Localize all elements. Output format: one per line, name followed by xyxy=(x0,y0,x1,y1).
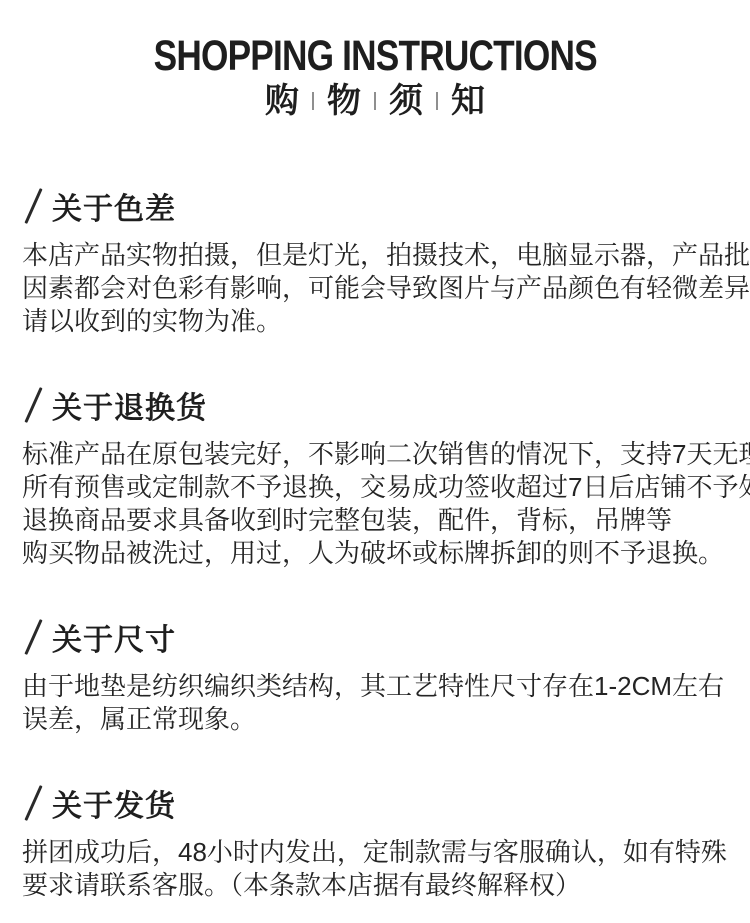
page-header: SHOPPING INSTRUCTIONS 购 物 须 知 xyxy=(0,0,750,119)
section-body: 标准产品在原包装完好，不影响二次销售的情况下，支持7天无理由退货。 所有预售或定… xyxy=(22,438,732,570)
title-char: 知 xyxy=(451,83,485,119)
title-separator-line xyxy=(436,92,438,110)
body-text-line: 误差，属正常现象。 xyxy=(22,703,732,736)
section-color-difference: 关于色差 本店产品实物拍摄，但是灯光，拍摄技术，电脑显示器，产品批次等 因素都会… xyxy=(22,185,732,338)
title-char: 物 xyxy=(327,83,361,119)
body-text-line: 由于地垫是纺织编织类结构，其工艺特性尺寸存在1-2CM左右 xyxy=(22,670,732,703)
body-text-line: 购买物品被洗过，用过，人为破坏或标牌拆卸的则不予退换。 xyxy=(22,537,732,570)
section-heading-text: 关于色差 xyxy=(52,184,176,228)
slash-icon xyxy=(24,188,42,224)
section-shipping: 关于发货 拼团成功后，48小时内发出，定制款需与客服确认，如有特殊 要求请联系客… xyxy=(22,782,732,902)
shopping-instructions-page: SHOPPING INSTRUCTIONS 购 物 须 知 关于色差 本店产品实… xyxy=(0,0,750,923)
section-heading: 关于色差 xyxy=(22,185,732,227)
body-text-line: 请以收到的实物为准。 xyxy=(22,305,732,338)
page-title-chinese: 购 物 须 知 xyxy=(0,83,750,119)
section-heading: 关于退换货 xyxy=(22,384,732,426)
body-text-line: 标准产品在原包装完好，不影响二次销售的情况下，支持7天无理由退货。 xyxy=(22,438,732,471)
title-separator-line xyxy=(374,92,376,110)
section-heading-text: 关于尺寸 xyxy=(52,615,176,659)
body-text-line: 拼团成功后，48小时内发出，定制款需与客服确认，如有特殊 xyxy=(22,836,732,869)
section-heading-text: 关于发货 xyxy=(52,781,176,825)
body-text-line: 要求请联系客服。（本条款本店据有最终解释权） xyxy=(22,869,732,902)
body-text-line: 所有预售或定制款不予退换，交易成功签收超过7日后店铺不予处理。 xyxy=(22,471,732,504)
section-size: 关于尺寸 由于地垫是纺织编织类结构，其工艺特性尺寸存在1-2CM左右 误差，属正… xyxy=(22,616,732,736)
section-heading-text: 关于退换货 xyxy=(52,383,207,427)
body-text-line: 本店产品实物拍摄，但是灯光，拍摄技术，电脑显示器，产品批次等 xyxy=(22,239,732,272)
section-body: 拼团成功后，48小时内发出，定制款需与客服确认，如有特殊 要求请联系客服。（本条… xyxy=(22,836,732,902)
body-text-line: 因素都会对色彩有影响，可能会导致图片与产品颜色有轻微差异; xyxy=(22,272,732,305)
page-title-english: SHOPPING INSTRUCTIONS xyxy=(153,34,596,78)
title-char: 购 xyxy=(265,83,299,119)
body-text-line: 退换商品要求具备收到时完整包装，配件，背标，吊牌等 xyxy=(22,504,732,537)
section-body: 由于地垫是纺织编织类结构，其工艺特性尺寸存在1-2CM左右 误差，属正常现象。 xyxy=(22,670,732,736)
slash-icon xyxy=(24,785,42,821)
slash-icon xyxy=(24,619,42,655)
section-heading: 关于尺寸 xyxy=(22,616,732,658)
slash-icon xyxy=(24,387,42,423)
section-heading: 关于发货 xyxy=(22,782,732,824)
title-separator-line xyxy=(312,92,314,110)
title-char: 须 xyxy=(389,83,423,119)
section-returns: 关于退换货 标准产品在原包装完好，不影响二次销售的情况下，支持7天无理由退货。 … xyxy=(22,384,732,570)
section-body: 本店产品实物拍摄，但是灯光，拍摄技术，电脑显示器，产品批次等 因素都会对色彩有影… xyxy=(22,239,732,338)
